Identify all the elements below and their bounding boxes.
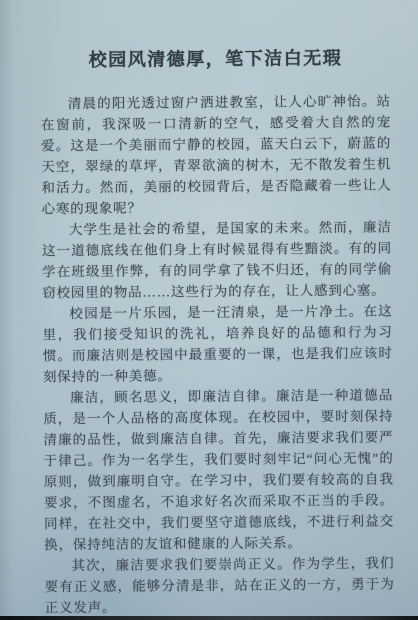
essay-title: 校园风清德厚，笔下洁白无瑕	[40, 44, 390, 73]
essay-paragraph-1: 清晨的阳光透过窗户洒进教室，让人心旷神怡。站在窗前，我深吸一口清新的空气，感受着…	[41, 91, 392, 220]
document-page: 校园风清德厚，笔下洁白无瑕 清晨的阳光透过窗户洒进教室，让人心旷神怡。站在窗前，…	[0, 0, 418, 619]
essay-paragraph-5: 其次，廉洁要求我们要崇尚正义。作为学生，我们要有正义感，能够分清是非，站在正义的…	[44, 553, 394, 619]
essay-paragraph-4: 廉洁，顾名思义，即廉洁自律。廉洁是一种道德品质，是一个人品格的高度体现。在校园中…	[43, 385, 394, 556]
essay-paragraph-2: 大学生是社会的希望，是国家的未来。然而，廉洁这一道德底线在他们身上有时候显得有些…	[42, 217, 393, 304]
essay-paragraph-3: 校园是一片乐园，是一汪清泉，是一片净土。在这里，我们接受知识的洗礼，培养良好的品…	[42, 301, 393, 388]
photo-bottom-edge	[0, 616, 418, 620]
photo-of-document: 校园风清德厚，笔下洁白无瑕 清晨的阳光透过窗户洒进教室，让人心旷神怡。站在窗前，…	[0, 0, 418, 620]
